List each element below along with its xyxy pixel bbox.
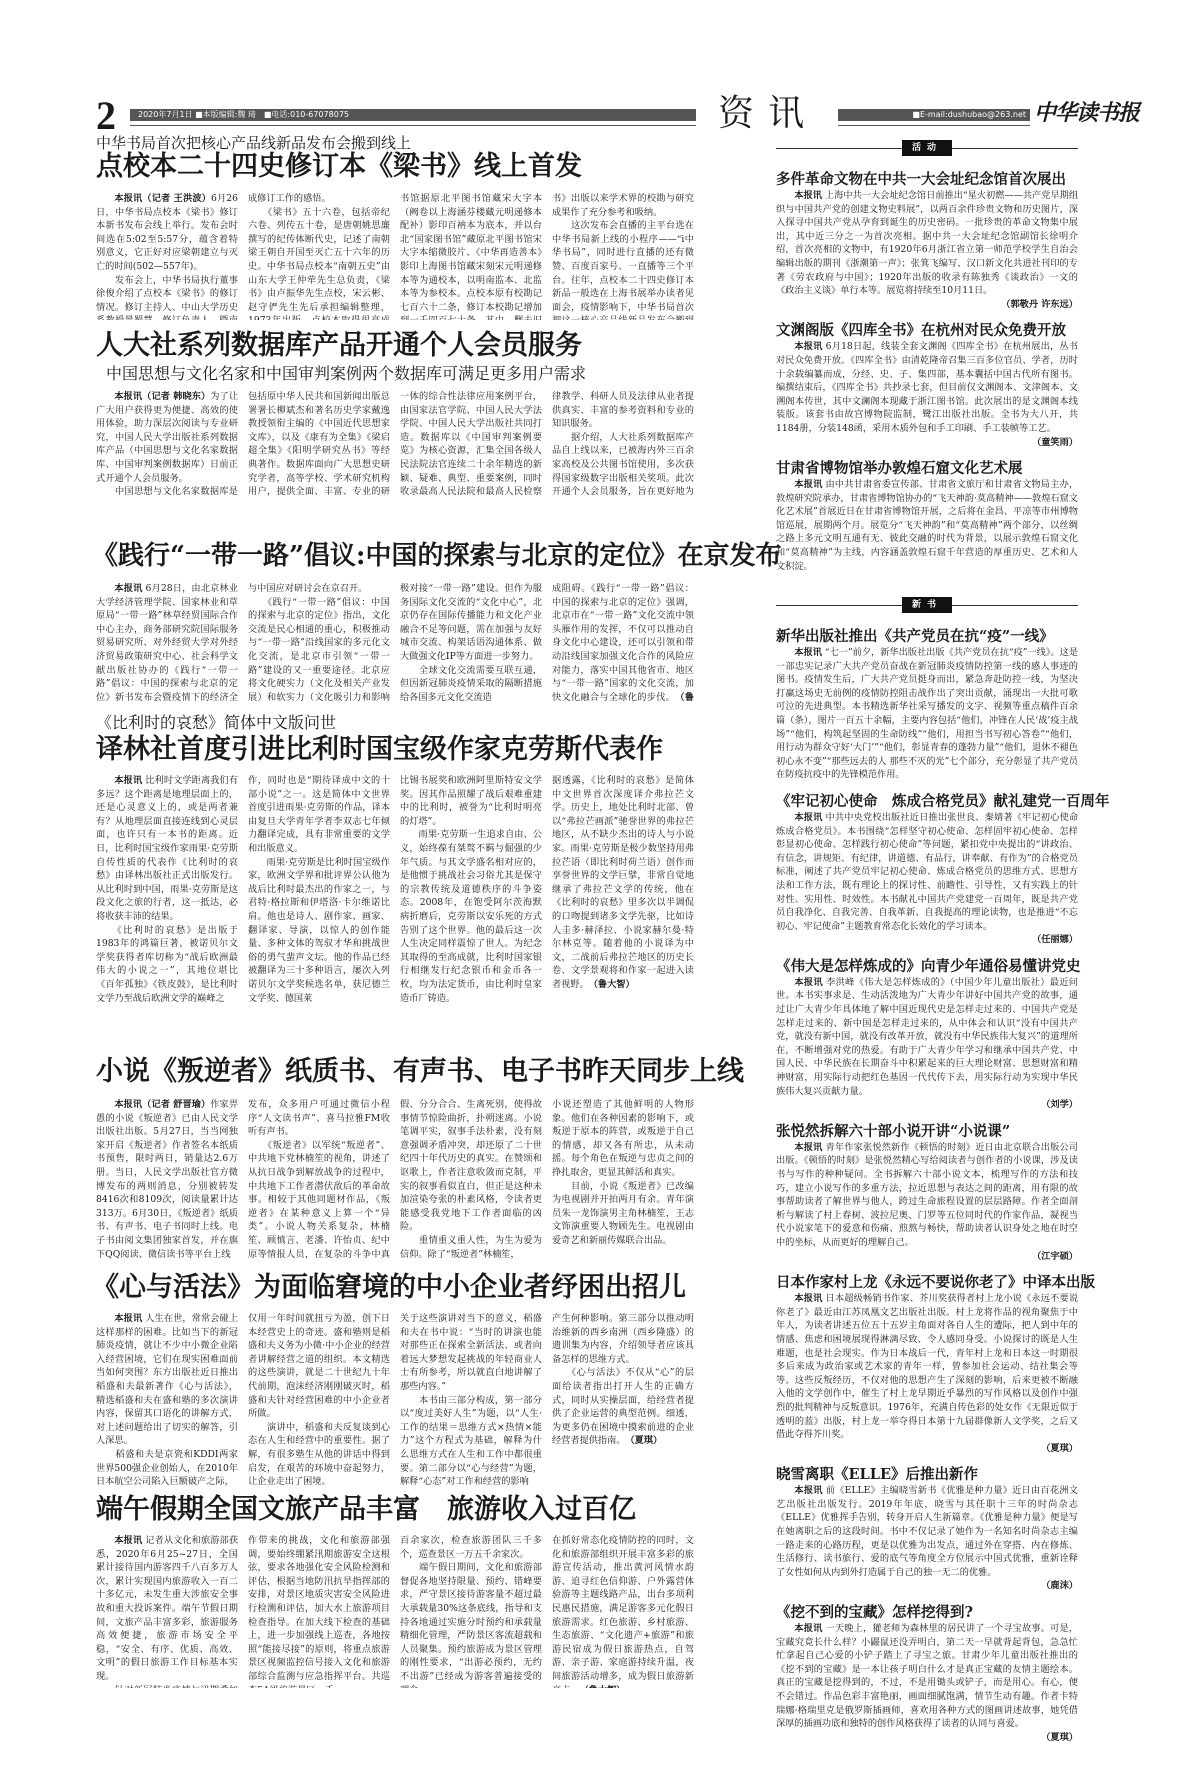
article-text: 本报讯 人生在世，常常会碰上这样那样的困难。比如当下的新冠肺炎疫情，就让不少中小… [96,1312,238,1489]
sidebar-headline: 新华出版社推出《共产党员在抗“疫”一线》 [776,627,1078,646]
article-text: 发布，众多用户可通过微信小程序“人文读书声”、喜马拉雅FM收听有声书。 《叛逆者… [248,1098,390,1262]
sidebar-headline: 张悦然拆解六十部小说开讲“小说课” [776,1122,1078,1141]
header-rule-right [838,125,1030,126]
article-text: 本报讯 6月28日，由北京林业大学经济管理学院、国家林业和草原局“一带一路”林草… [96,582,238,704]
article-column: 发布，众多用户可通过微信小程序“人文读书声”、喜马拉雅FM收听有声书。 《叛逆者… [248,1098,390,1262]
article-headline: 人大社系列数据库产品开通个人会员服务 [96,330,582,362]
sidebar-items: 多件革命文物在中共一大会址纪念馆首次展出本报讯 上海中共一大会址纪念馆日前推出“… [776,170,1078,573]
article-column: 本报讯 比利时文学距离我们有多远？这个距离是地理层面上的，还是心灵意义上的，或是… [96,774,238,1046]
article-column: 比锡书展奖和欧洲阿里斯特安文学奖。因其作品照耀了战后艰难重建中的比利时，被誉为“… [400,774,542,1046]
article-text: 本报讯（记者 韩晓东）为了让广大用户获得更为便捷、高效的使用体验，助力深层次阅读… [96,390,238,498]
sidebar-body: 本报讯 前《ELLE》主编晓雪新书《优雅是种力量》近日由百花洲文艺出版社出版发行… [776,1484,1078,1593]
sidebar-article: 张悦然拆解六十部小说开讲“小说课”本报讯 青年作家张悦然新作《顿悟的时刻》近日由… [776,1122,1078,1263]
sidebar-headline: 文渊阁版《四库全书》在杭州对民众免费开放 [776,321,1078,340]
article-column: 作，同时也是“期待译成中文的十部小说”之一。这是简体中文世界首度引进雨果·克劳斯… [248,774,390,1046]
byline: （夏琪） [776,1442,1078,1456]
article-body: 本报讯 人生在世，常常会碰上这样那样的困难。比如当下的新冠肺炎疫情，就让不少中小… [96,1312,694,1492]
sidebar-headline: 晓雪离职《ELLE》后推出新作 [776,1465,1078,1484]
sidebar-headline: 《牢记初心使命 炼成合格党员》献礼建党一百周年 [776,792,1078,811]
article-text: 书馆据原北平图书馆藏宋大字本（阙卷以上海涵芬楼藏元明递修本配补）影印百衲本为底本… [400,192,542,320]
article-text: 本报讯 比利时文学距离我们有多远？这个距离是地理层面上的，还是心灵意义上的，或是… [96,774,238,1005]
article-body: 本报讯（记者 韩晓东）为了让广大用户获得更为便捷、高效的使用体验，助力深层次阅读… [96,390,694,498]
article-text: 在抓好常态化疫情防控的同时，文化和旅游部组织开展丰富多彩的旅游宣传活动，推出黄河… [552,1534,694,1688]
article-text: 本报讯 记者从文化和旅游部获悉，2020年6月25~27日，全国累计接待国内游客… [96,1534,238,1688]
article-text: 成阻碍。《践行“一带一路”倡议：中国的探索与北京的定位》强调，北京市在“一带一路… [552,582,694,704]
sidebar-article: 日本作家村上龙《永远不要说你老了》中译本出版本报讯 日本超级畅销书作家、芥川奖获… [776,1273,1078,1455]
article-headline: 《践行“一带一路”倡议:中国的探索与北京的定位》在京发布 [92,540,782,572]
article-text: 本报讯（记者 王洪波）6月26日，中华书局点校本《梁书》修订本新书发布会线上举行… [96,192,238,320]
article-column: 百余家次，检查旅游团队三千多个，巡查景区一万五千余家次。 端午假日期间，文化和旅… [400,1534,542,1688]
section-divider: 新书 [776,597,1078,613]
article-text: 据透露，《比利时的哀愁》是简体中文世界首次深度译介弗拉芒文学。历史上，地处比利时… [552,774,694,992]
article-headline: 译林社首度引进比利时国宝级作家克劳斯代表作 [96,734,663,766]
article-text: 仅用一年时间就扭亏为盈，创下日本经营史上的奇迹。盛和塾则是稻盛和夫义务为小微·中… [248,1312,390,1489]
sidebar-article: 新华出版社推出《共产党员在抗“疫”一线》本报讯 “七一”前夕，新华出版社出版《共… [776,627,1078,782]
byline: （江宇硕） [776,1250,1078,1264]
date-editor-bar: 2020年7月1日 ■本版编辑:魏 琦 ■电话:010-67078075 [130,109,696,121]
article-subhead: 中国思想与文化名家和中国审判案例两个数据库可满足更多用户需求 [106,364,586,384]
article-body: 本报讯 6月28日，由北京林业大学经济管理学院、国家林业和草原局“一带一路”林草… [96,582,694,704]
article-body: 本报讯 比利时文学距离我们有多远？这个距离是地理层面上的，还是心灵意义上的，或是… [96,774,694,1046]
sidebar-items: 新华出版社推出《共产党员在抗“疫”一线》本报讯 “七一”前夕，新华出版社出版《共… [776,627,1078,1744]
article-text: 本报讯（记者 舒晋瑜）作家畀愚的小说《叛逆者》已由人民文学出版社出版。5月27日… [96,1098,238,1261]
article-text: 作，同时也是“期待译成中文的十部小说”之一。这是简体中文世界首度引进雨果·克劳斯… [248,774,390,1005]
article-column: 假、分分合合、生离死别，使得故事情节惊险曲折，扑朔迷离。小说笔调平实，叙事手法朴… [400,1098,542,1262]
article-text: 小说还塑造了其他鲜明的人物形象。他们在各种因素的影响下，或叛逆于原本的阵营，或叛… [552,1098,694,1248]
article-column: 本报讯（记者 韩晓东）为了让广大用户获得更为便捷、高效的使用体验，助力深层次阅读… [96,390,238,498]
sidebar-headline: 日本作家村上龙《永远不要说你老了》中译本出版 [776,1273,1078,1292]
sidebar-body: 本报讯 青年作家张悦然新作《顿悟的时刻》近日由北京联合出版公司出版。《顿悟的时刻… [776,1141,1078,1263]
article-column: 在抓好常态化疫情防控的同时，文化和旅游部组织开展丰富多彩的旅游宣传活动，推出黄河… [552,1534,694,1688]
sidebar-body: 本报讯 由中共甘肃省委宣传部、甘肃省文旅厅和甘肃省文物局主办，敦煌研究院承办，甘… [776,478,1078,573]
article-column: 产生何种影响。第三部分以推动明治维新的西乡南洲（西乡隆盛）的遗训集为内容，介绍领… [552,1312,694,1492]
article-text: 与中国应对研讨会在京召开。 《践行“一带一路”倡议：中国的探索与北京的定位》指出… [248,582,390,704]
article-text: 书》出版以来学术界的校勘与研究成果作了充分参考和吸纳。 这次发布会直播的主平台选… [552,192,694,320]
article-column: 小说还塑造了其他鲜明的人物形象。他们在各种因素的影响下，或叛逆于原本的阵营，或叛… [552,1098,694,1262]
sidebar-body: 本报讯 上海中共一大会址纪念馆日前推出“星火初燃——共产党早期组织与中国共产党的… [776,189,1078,311]
article-column: 本报讯 人生在世，常常会碰上这样那样的困难。比如当下的新冠肺炎疫情，就让不少中小… [96,1312,238,1492]
article-text: 律教学、科研人员及法律从业者提供真实、丰富的参考资料和专业的知识服务。 据介绍，… [552,390,694,498]
article-text: 包括原中华人民共和国新闻出版总署署长柳斌杰和著名历史学家戴逸教授领衔主编的《中国… [248,390,390,498]
article-body: 本报讯 记者从文化和旅游部获悉，2020年6月25~27日，全国累计接待国内游客… [96,1534,694,1688]
page-number: 2 [96,96,116,136]
article-text: 百余家次，检查旅游团队三千多个，巡查景区一万五千余家次。 端午假日期间，文化和旅… [400,1534,542,1688]
article-text: 关于这些演讲对当下的意义，稻盛和夫在书中说：“当时的讲演也能对那些正在探索全新活… [400,1312,542,1489]
article-column: 仅用一年时间就扭亏为盈，创下日本经营史上的奇迹。盛和塾则是稻盛和夫义务为小微·中… [248,1312,390,1492]
article-column: 一体的综合性法律应用案例平台，由国家法官学院、中国人民大学法学院、中国人民大学出… [400,390,542,498]
sidebar-body: 本报讯 6月18日起，线装全套文渊阁《四库全书》在杭州展出，丛书对民众免费开放。… [776,340,1078,449]
article-text: 极对接“一带一路”建设。但作为服务国际文化交流的“文化中心”，北京仍存在国际传播… [400,582,542,704]
byline: （夏琪） [776,1731,1078,1745]
article-column: 据透露，《比利时的哀愁》是简体中文世界首次深度译介弗拉芒文学。历史上，地处比利时… [552,774,694,1046]
article-headline: 小说《叛逆者》纸质书、有声书、电子书昨天同步上线 [96,1056,744,1088]
byline: （郭敬丹 许东远） [776,298,1078,312]
article-column: 律教学、科研人员及法律从业者提供真实、丰富的参考资料和专业的知识服务。 据介绍，… [552,390,694,498]
sidebar-headline: 多件革命文物在中共一大会址纪念馆首次展出 [776,170,1078,189]
article-column: 成阻碍。《践行“一带一路”倡议：中国的探索与北京的定位》强调，北京市在“一带一路… [552,582,694,704]
article-body: 本报讯（记者 王洪波）6月26日，中华书局点校本《梁书》修订本新书发布会线上举行… [96,192,694,320]
article-column: 成修订工作的感悟。 《梁书》五十六卷，包括帝纪六卷、列传五十卷，是唐朝姚思廉撰写… [248,192,390,320]
byline: （鹿沫） [776,1579,1078,1593]
sidebar-body: 本报讯 李洪峰《伟大是怎样炼成的》（中国少年儿童出版社）最近问世。本书实事求是、… [776,976,1078,1112]
sidebar-headline: 《挖不到的宝藏》怎样挖得到? [776,1603,1078,1622]
masthead-logo: 中华读书报 [1034,98,1139,128]
article-column: 包括原中华人民共和国新闻出版总署署长柳斌杰和著名历史学家戴逸教授领衔主编的《中国… [248,390,390,498]
sidebar-article: 《牢记初心使命 炼成合格党员》献礼建党一百周年本报讯 中共中央党校出版社近日推出… [776,792,1078,947]
sidebar-headline: 《伟大是怎样炼成的》向青少年通俗易懂讲党史 [776,957,1078,976]
article-column: 极对接“一带一路”建设。但作为服务国际文化交流的“文化中心”，北京仍存在国际传播… [400,582,542,704]
article-column: 作带来的挑战，文化和旅游部强调，要始终绷紧汛期旅游安全这根弦，要求各地强化安全风… [248,1534,390,1688]
sidebar-body: 本报讯 日本超级畅销书作家、芥川奖获得者村上龙小说《永远不要说你老了》最近由江苏… [776,1292,1078,1455]
sidebar-article: 《挖不到的宝藏》怎样挖得到?本报讯 一天晚上，獾老师为森林里的居民讲了一个寻宝故… [776,1603,1078,1744]
article-column: 本报讯 记者从文化和旅游部获悉，2020年6月25~27日，全国累计接待国内游客… [96,1534,238,1688]
article-column: 与中国应对研讨会在京召开。 《践行“一带一路”倡议：中国的探索与北京的定位》指出… [248,582,390,704]
section-tag: 新书 [902,597,952,613]
article-column: 本报讯（记者 舒晋瑜）作家畀愚的小说《叛逆者》已由人民文学出版社出版。5月27日… [96,1098,238,1262]
article-column: 本报讯 6月28日，由北京林业大学经济管理学院、国家林业和草原局“一带一路”林草… [96,582,238,704]
article-column: 书》出版以来学术界的校勘与研究成果作了充分参考和吸纳。 这次发布会直播的主平台选… [552,192,694,320]
sidebar-new-books: 新书 新华出版社推出《共产党员在抗“疫”一线》本报讯 “七一”前夕，新华出版社出… [776,597,1078,1752]
article-text: 比锡书展奖和欧洲阿里斯特安文学奖。因其作品照耀了战后艰难重建中的比利时，被誉为“… [400,774,542,1005]
article-text: 作带来的挑战，文化和旅游部强调，要始终绷紧汛期旅游安全这根弦，要求各地强化安全风… [248,1534,390,1688]
article-headline: 《心与活法》为面临窘境的中小企业者纾困出招儿 [92,1272,686,1304]
sidebar-article: 多件革命文物在中共一大会址纪念馆首次展出本报讯 上海中共一大会址纪念馆日前推出“… [776,170,1078,311]
sidebar-body: 本报讯 中共中央党校出版社近日推出张世良、秦婧著《牢记初心使命 炼成合格党员》。… [776,811,1078,947]
byline: （刘学） [776,1098,1078,1112]
email-bar: ■E-mail:dushubao@263.net [838,109,1030,121]
article-text: 假、分分合合、生离死别，使得故事情节惊险曲折，扑朔迷离。小说笔调平实，叙事手法朴… [400,1098,542,1261]
sidebar-article: 甘肃省博物馆举办敦煌石窟文化艺术展本报讯 由中共甘肃省委宣传部、甘肃省文旅厅和甘… [776,459,1078,573]
article-kicker: 《比利时的哀愁》简体中文版问世 [96,714,336,732]
sidebar-article: 《伟大是怎样炼成的》向青少年通俗易懂讲党史本报讯 李洪峰《伟大是怎样炼成的》（中… [776,957,1078,1112]
article-headline: 点校本二十四史修订本《梁书》线上首发 [96,150,582,184]
article-column: 关于这些演讲对当下的意义，稻盛和夫在书中说：“当时的讲演也能对那些正在探索全新活… [400,1312,542,1492]
article-headline: 端午假期全国文旅产品丰富 旅游收入过百亿 [96,1494,636,1526]
section-title: 资讯 [718,92,818,136]
article-text: 成修订工作的感悟。 《梁书》五十六卷，包括帝纪六卷、列传五十卷，是唐朝姚思廉撰写… [248,192,390,320]
article-column: 书馆据原北平图书馆藏宋大字本（阙卷以上海涵芬楼藏元明递修本配补）影印百衲本为底本… [400,192,542,320]
byline: （童笑雨） [776,436,1078,450]
header-rule-left [130,125,696,126]
article-body: 本报讯（记者 舒晋瑜）作家畀愚的小说《叛逆者》已由人民文学出版社出版。5月27日… [96,1098,694,1262]
sidebar-headline: 甘肃省博物馆举办敦煌石窟文化艺术展 [776,459,1078,478]
article-text: 一体的综合性法律应用案例平台，由国家法官学院、中国人民大学法学院、中国人民大学出… [400,390,542,498]
section-tag: 活动 [902,140,952,156]
sidebar-body: 本报讯 一天晚上，獾老师为森林里的居民讲了一个寻宝故事。可是，宝藏究竟长什么样？… [776,1622,1078,1744]
sidebar-article: 晓雪离职《ELLE》后推出新作本报讯 前《ELLE》主编晓雪新书《优雅是种力量》… [776,1465,1078,1593]
section-divider: 活动 [776,140,1078,156]
article-column: 本报讯（记者 王洪波）6月26日，中华书局点校本《梁书》修订本新书发布会线上举行… [96,192,238,320]
byline: （任丽娜） [776,933,1078,947]
sidebar-activities: 活动 多件革命文物在中共一大会址纪念馆首次展出本报讯 上海中共一大会址纪念馆日前… [776,140,1078,581]
article-text: 产生何种影响。第三部分以推动明治维新的西乡南洲（西乡隆盛）的遗训集为内容，介绍领… [552,1312,694,1448]
sidebar-article: 文渊阁版《四库全书》在杭州对民众免费开放本报讯 6月18日起，线装全套文渊阁《四… [776,321,1078,449]
sidebar-body: 本报讯 “七一”前夕，新华出版社出版《共产党员在抗“疫”一线》。这是一部忠实记录… [776,646,1078,782]
